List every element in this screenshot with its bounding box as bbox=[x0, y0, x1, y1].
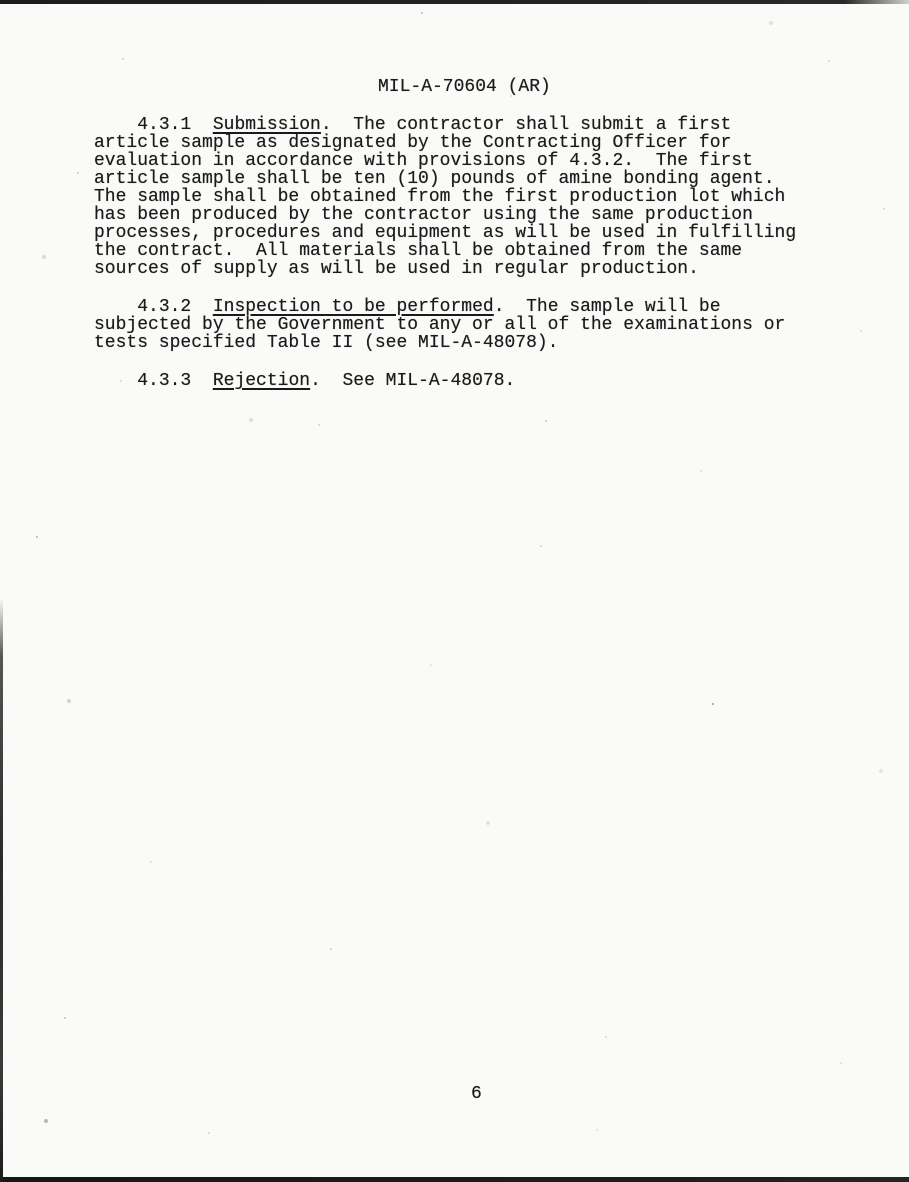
section-number: 4.3.2 bbox=[94, 297, 213, 317]
section-text: . The contractor shall submit a first ar… bbox=[94, 115, 796, 279]
section-4-3-3-rejection: 4.3.3 Rejection. See MIL-A-48078. bbox=[94, 372, 854, 390]
scan-noise-speckle bbox=[0, 0, 2, 2]
scanned-document-page: MIL-A-70604 (AR) 4.3.1 Submission. The c… bbox=[0, 0, 909, 1182]
section-heading: Submission bbox=[213, 115, 321, 135]
scan-artifact-bottom-edge bbox=[0, 1177, 909, 1182]
section-heading: Rejection bbox=[213, 371, 310, 391]
scan-artifact-top-edge bbox=[0, 0, 909, 4]
section-number: 4.3.3 bbox=[94, 371, 213, 391]
section-4-3-2-inspection: 4.3.2 Inspection to be performed. The sa… bbox=[94, 298, 854, 352]
page-number: 6 bbox=[471, 1085, 482, 1103]
scan-artifact-left-edge bbox=[0, 598, 3, 1182]
section-text: . See MIL-A-48078. bbox=[310, 371, 515, 391]
document-header: MIL-A-70604 (AR) bbox=[378, 78, 551, 96]
document-body: 4.3.1 Submission. The contractor shall s… bbox=[94, 116, 854, 410]
section-number: 4.3.1 bbox=[94, 115, 213, 135]
section-heading: Inspection to be performed bbox=[213, 297, 494, 317]
section-4-3-1-submission: 4.3.1 Submission. The contractor shall s… bbox=[94, 116, 854, 278]
